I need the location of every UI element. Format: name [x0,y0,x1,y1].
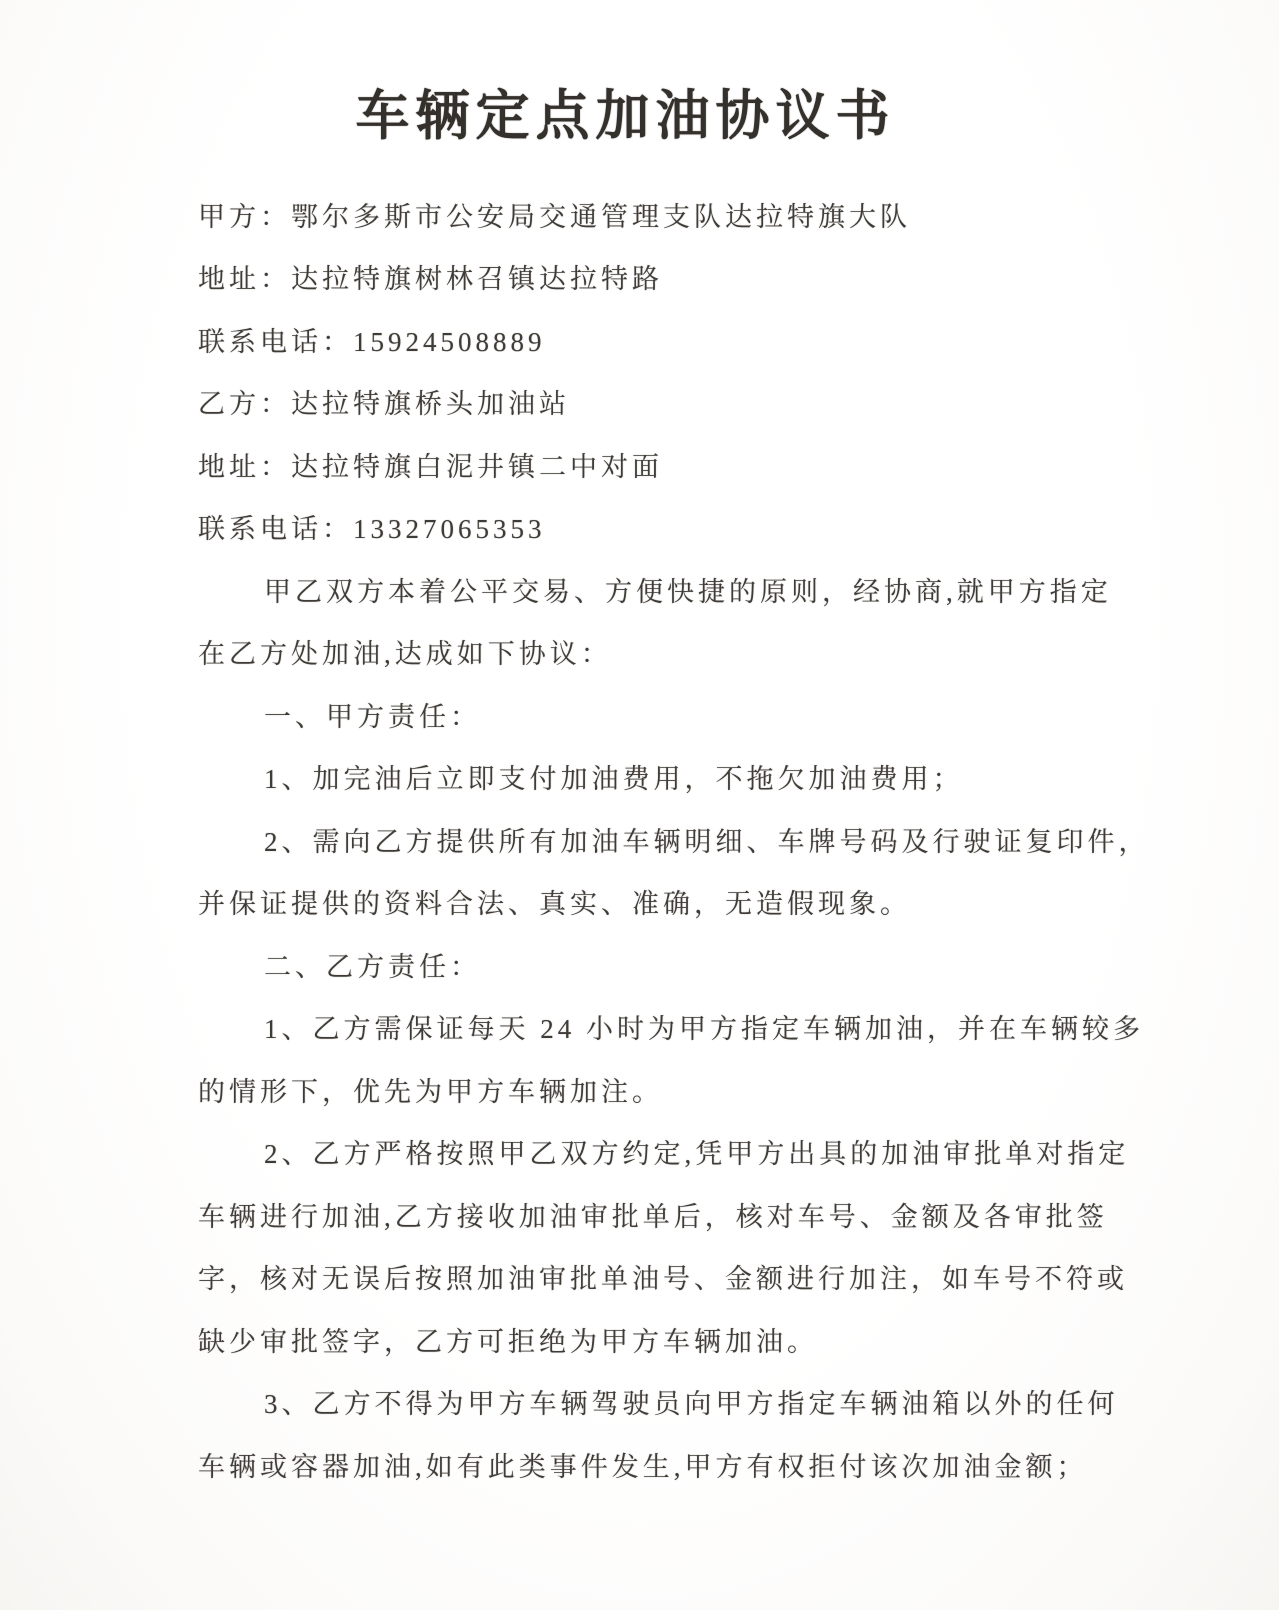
section-2-item-2-line-4: 缺少审批签字，乙方可拒绝为甲方车辆加油。 [198,1308,1199,1371]
section-2-item-1-line-2: 的情形下，优先为甲方车辆加注。 [198,1058,1199,1121]
section-1-item-2-line-1: 2、需向乙方提供所有加油车辆明细、车牌号码及行驶证复印件， [198,808,1199,871]
section-2-item-1-line-1: 1、乙方需保证每天 24 小时为甲方指定车辆加油，并在车辆较多 [198,995,1199,1058]
section-2-item-2-line-2: 车辆进行加油,乙方接收加油审批单后，核对车号、金额及各审批签 [198,1183,1199,1246]
preamble-line-2: 在乙方处加油,达成如下协议： [198,620,1199,683]
preamble-line-1: 甲乙双方本着公平交易、方便快捷的原则，经协商,就甲方指定 [198,558,1199,621]
section-1-heading: 一、甲方责任： [198,683,1199,746]
document-page: 车辆定点加油协议书 甲方：鄂尔多斯市公安局交通管理支队达拉特旗大队 地址：达拉特… [0,0,1279,1610]
party-a-phone-line: 联系电话：15924508889 [198,308,1199,371]
party-a-name-line: 甲方：鄂尔多斯市公安局交通管理支队达拉特旗大队 [198,183,1199,246]
section-2-item-3-line-2: 车辆或容器加油,如有此类事件发生,甲方有权拒付该次加油金额； [198,1433,1199,1496]
party-b-name-line: 乙方：达拉特旗桥头加油站 [198,370,1199,433]
document-title: 车辆定点加油协议书 [0,0,1265,149]
section-1-item-2-line-2: 并保证提供的资料合法、真实、准确，无造假现象。 [198,870,1199,933]
party-a-address-line: 地址：达拉特旗树林召镇达拉特路 [198,245,1199,308]
section-2-heading: 二、乙方责任： [198,933,1199,996]
document-body: 甲方：鄂尔多斯市公安局交通管理支队达拉特旗大队 地址：达拉特旗树林召镇达拉特路 … [198,183,1199,1496]
party-b-address-line: 地址：达拉特旗白泥井镇二中对面 [198,433,1199,496]
party-b-phone-line: 联系电话：13327065353 [198,495,1199,558]
section-1-item-1: 1、加完油后立即支付加油费用，不拖欠加油费用； [198,745,1199,808]
section-2-item-2-line-1: 2、乙方严格按照甲乙双方约定,凭甲方出具的加油审批单对指定 [198,1120,1199,1183]
section-2-item-3-line-1: 3、乙方不得为甲方车辆驾驶员向甲方指定车辆油箱以外的任何 [198,1370,1199,1433]
section-2-item-2-line-3: 字，核对无误后按照加油审批单油号、金额进行加注，如车号不符或 [198,1245,1199,1308]
